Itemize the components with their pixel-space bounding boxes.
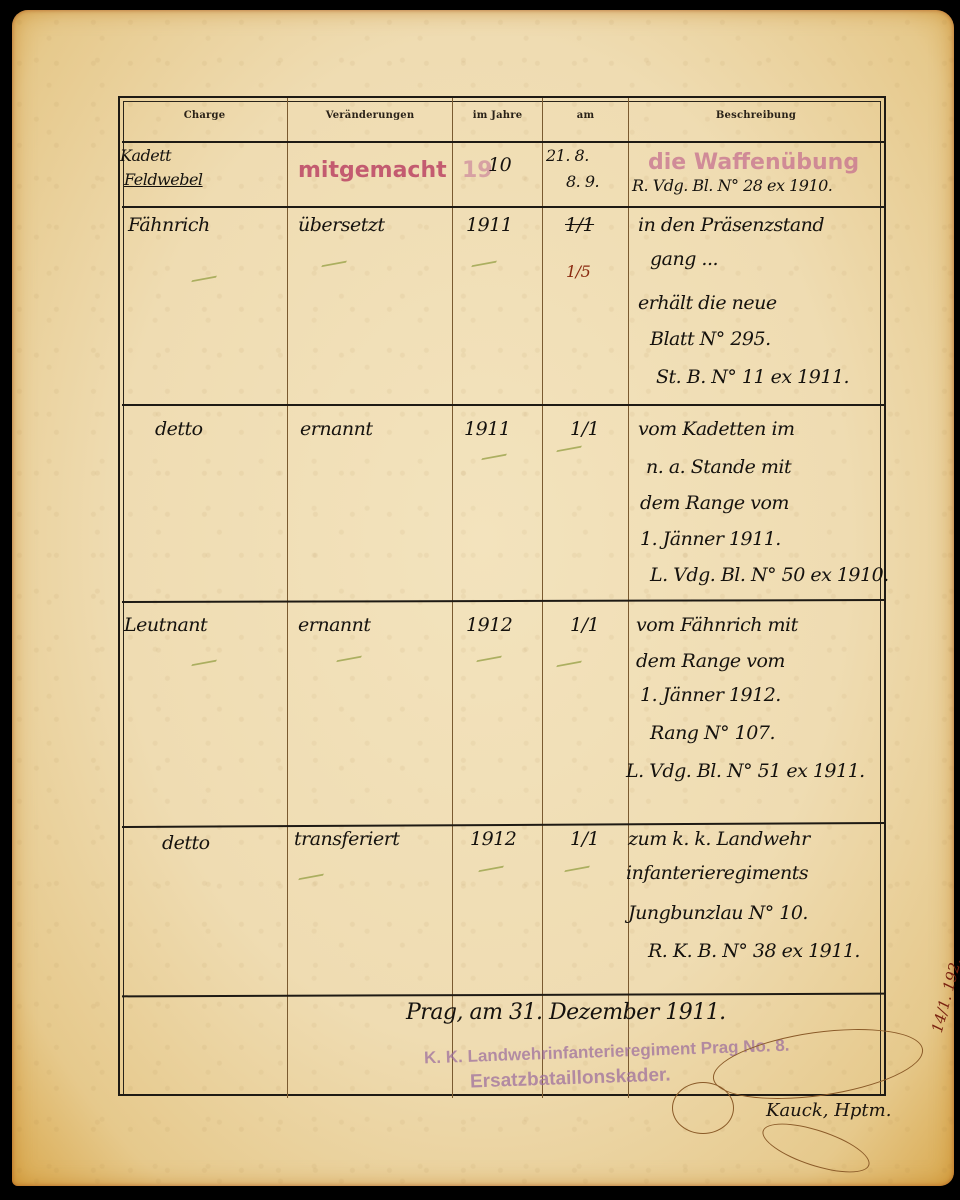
change-cell: ernannt bbox=[300, 418, 373, 440]
place-and-date: Prag, am 31. Dezember 1911. bbox=[406, 1000, 726, 1025]
description-line: gang ... bbox=[650, 248, 718, 270]
description-line: vom Fähnrich mit bbox=[636, 614, 798, 636]
description-line: Rang N° 107. bbox=[650, 722, 775, 744]
description-line: vom Kadetten im bbox=[638, 418, 795, 440]
header-beschreibung: Beschreibung bbox=[629, 110, 883, 121]
year-cell: 1912 bbox=[470, 828, 516, 850]
description-line: infanterieregiments bbox=[626, 862, 808, 884]
stamp-waffenuebung: die Waffenübung bbox=[648, 150, 859, 175]
year-cell: 1911 bbox=[466, 214, 512, 236]
description-line: n. a. Stande mit bbox=[646, 456, 791, 478]
stamp-mitgemacht: mitgemacht bbox=[298, 158, 447, 183]
description-line: Blatt N° 295. bbox=[650, 328, 771, 350]
charge-cell: Leutnant bbox=[124, 614, 207, 636]
description-line: erhält die neue bbox=[638, 292, 777, 314]
description-line: 1. Jänner 1912. bbox=[640, 684, 781, 706]
column-divider bbox=[287, 98, 288, 1098]
charge-cell: Fähnrich bbox=[128, 214, 210, 236]
description-line: dem Range vom bbox=[640, 492, 789, 514]
officer-signature: Kauck, Hptm. bbox=[766, 1100, 891, 1121]
date-cell: 21. 8. bbox=[546, 146, 589, 165]
date-correction: 1/5 bbox=[566, 262, 590, 281]
description-line: 1. Jänner 1911. bbox=[640, 528, 781, 550]
charge-cell: detto bbox=[162, 832, 210, 854]
header-am: am bbox=[543, 110, 628, 121]
column-divider bbox=[452, 98, 453, 1098]
description-line: R. K. B. N° 38 ex 1911. bbox=[648, 940, 860, 962]
charge-cell: detto bbox=[155, 418, 203, 440]
charge-cell: Kadett bbox=[120, 146, 171, 165]
date-cell: 1/1 bbox=[565, 214, 594, 236]
header-veraenderungen: Veränderungen bbox=[288, 110, 452, 121]
change-cell: ernannt bbox=[298, 614, 371, 636]
description-line: zum k. k. Landwehr bbox=[628, 828, 810, 850]
date-cell: 8. 9. bbox=[566, 172, 599, 191]
charge-cell: Feldwebel bbox=[124, 170, 203, 189]
header-charge: Charge bbox=[122, 110, 287, 121]
change-cell: übersetzt bbox=[298, 214, 385, 236]
header-im-jahre: im Jahre bbox=[453, 110, 542, 121]
change-cell: transferiert bbox=[294, 828, 399, 850]
date-cell: 1/1 bbox=[570, 418, 599, 440]
description-line: Jungbunzlau N° 10. bbox=[628, 902, 808, 924]
year-cell: 1911 bbox=[464, 418, 510, 440]
description-line: R. Vdg. Bl. N° 28 ex 1910. bbox=[632, 176, 832, 195]
column-divider bbox=[628, 98, 629, 1098]
row-divider bbox=[122, 404, 884, 406]
header-divider bbox=[122, 141, 884, 143]
row-divider bbox=[122, 206, 884, 208]
description-line: L. Vdg. Bl. N° 50 ex 1910. bbox=[650, 564, 889, 586]
description-line: in den Präsenzstand bbox=[638, 214, 824, 236]
column-divider bbox=[542, 98, 543, 1098]
description-line: L. Vdg. Bl. N° 51 ex 1911. bbox=[626, 760, 865, 782]
year-cell: 1912 bbox=[466, 614, 512, 636]
date-cell: 1/1 bbox=[570, 828, 599, 850]
year-cell: 10 bbox=[488, 154, 511, 176]
date-cell: 1/1 bbox=[570, 614, 599, 636]
description-line: dem Range vom bbox=[636, 650, 785, 672]
description-line: St. B. N° 11 ex 1911. bbox=[656, 366, 849, 388]
signature-flourish bbox=[672, 1082, 734, 1134]
